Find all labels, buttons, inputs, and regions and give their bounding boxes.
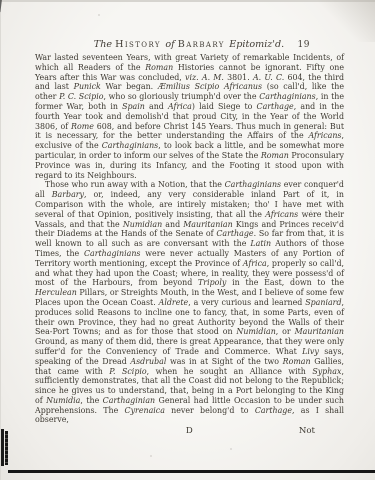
title-segment: of [165, 39, 177, 50]
body-text: War lasted seventeen Years, with great V… [35, 53, 344, 440]
page-number: 19 [298, 40, 310, 50]
film-edge-mark [1, 429, 4, 466]
title-segment: History [115, 39, 165, 50]
book-page-scan: The History of Barbary Epitomiz'd. 19 Wa… [0, 0, 375, 480]
paragraph: War lasted seventeen Years, with great V… [35, 53, 344, 180]
paragraph: Those who run away with a Notion, that t… [35, 180, 344, 425]
title-segment: The [94, 39, 115, 50]
scan-corner-shade [317, 0, 375, 42]
title-segment: Epitomiz'd. [229, 39, 284, 50]
scan-speck [150, 455, 152, 457]
title-segment: Barbary [178, 39, 230, 50]
scan-speck [98, 14, 100, 16]
scan-speck [230, 448, 232, 450]
running-header: The History of Barbary Epitomiz'd. 19 [35, 39, 343, 53]
scan-speck [310, 210, 312, 212]
signature-mark: D [186, 427, 193, 437]
scan-bottom-line [8, 470, 375, 473]
catchword: Not [299, 427, 315, 437]
scan-speck [55, 345, 57, 347]
film-edge-mark [5, 431, 8, 465]
footer-row: D Not [35, 427, 344, 440]
scan-speck [60, 103, 62, 105]
scan-left-edge [0, 0, 1, 480]
